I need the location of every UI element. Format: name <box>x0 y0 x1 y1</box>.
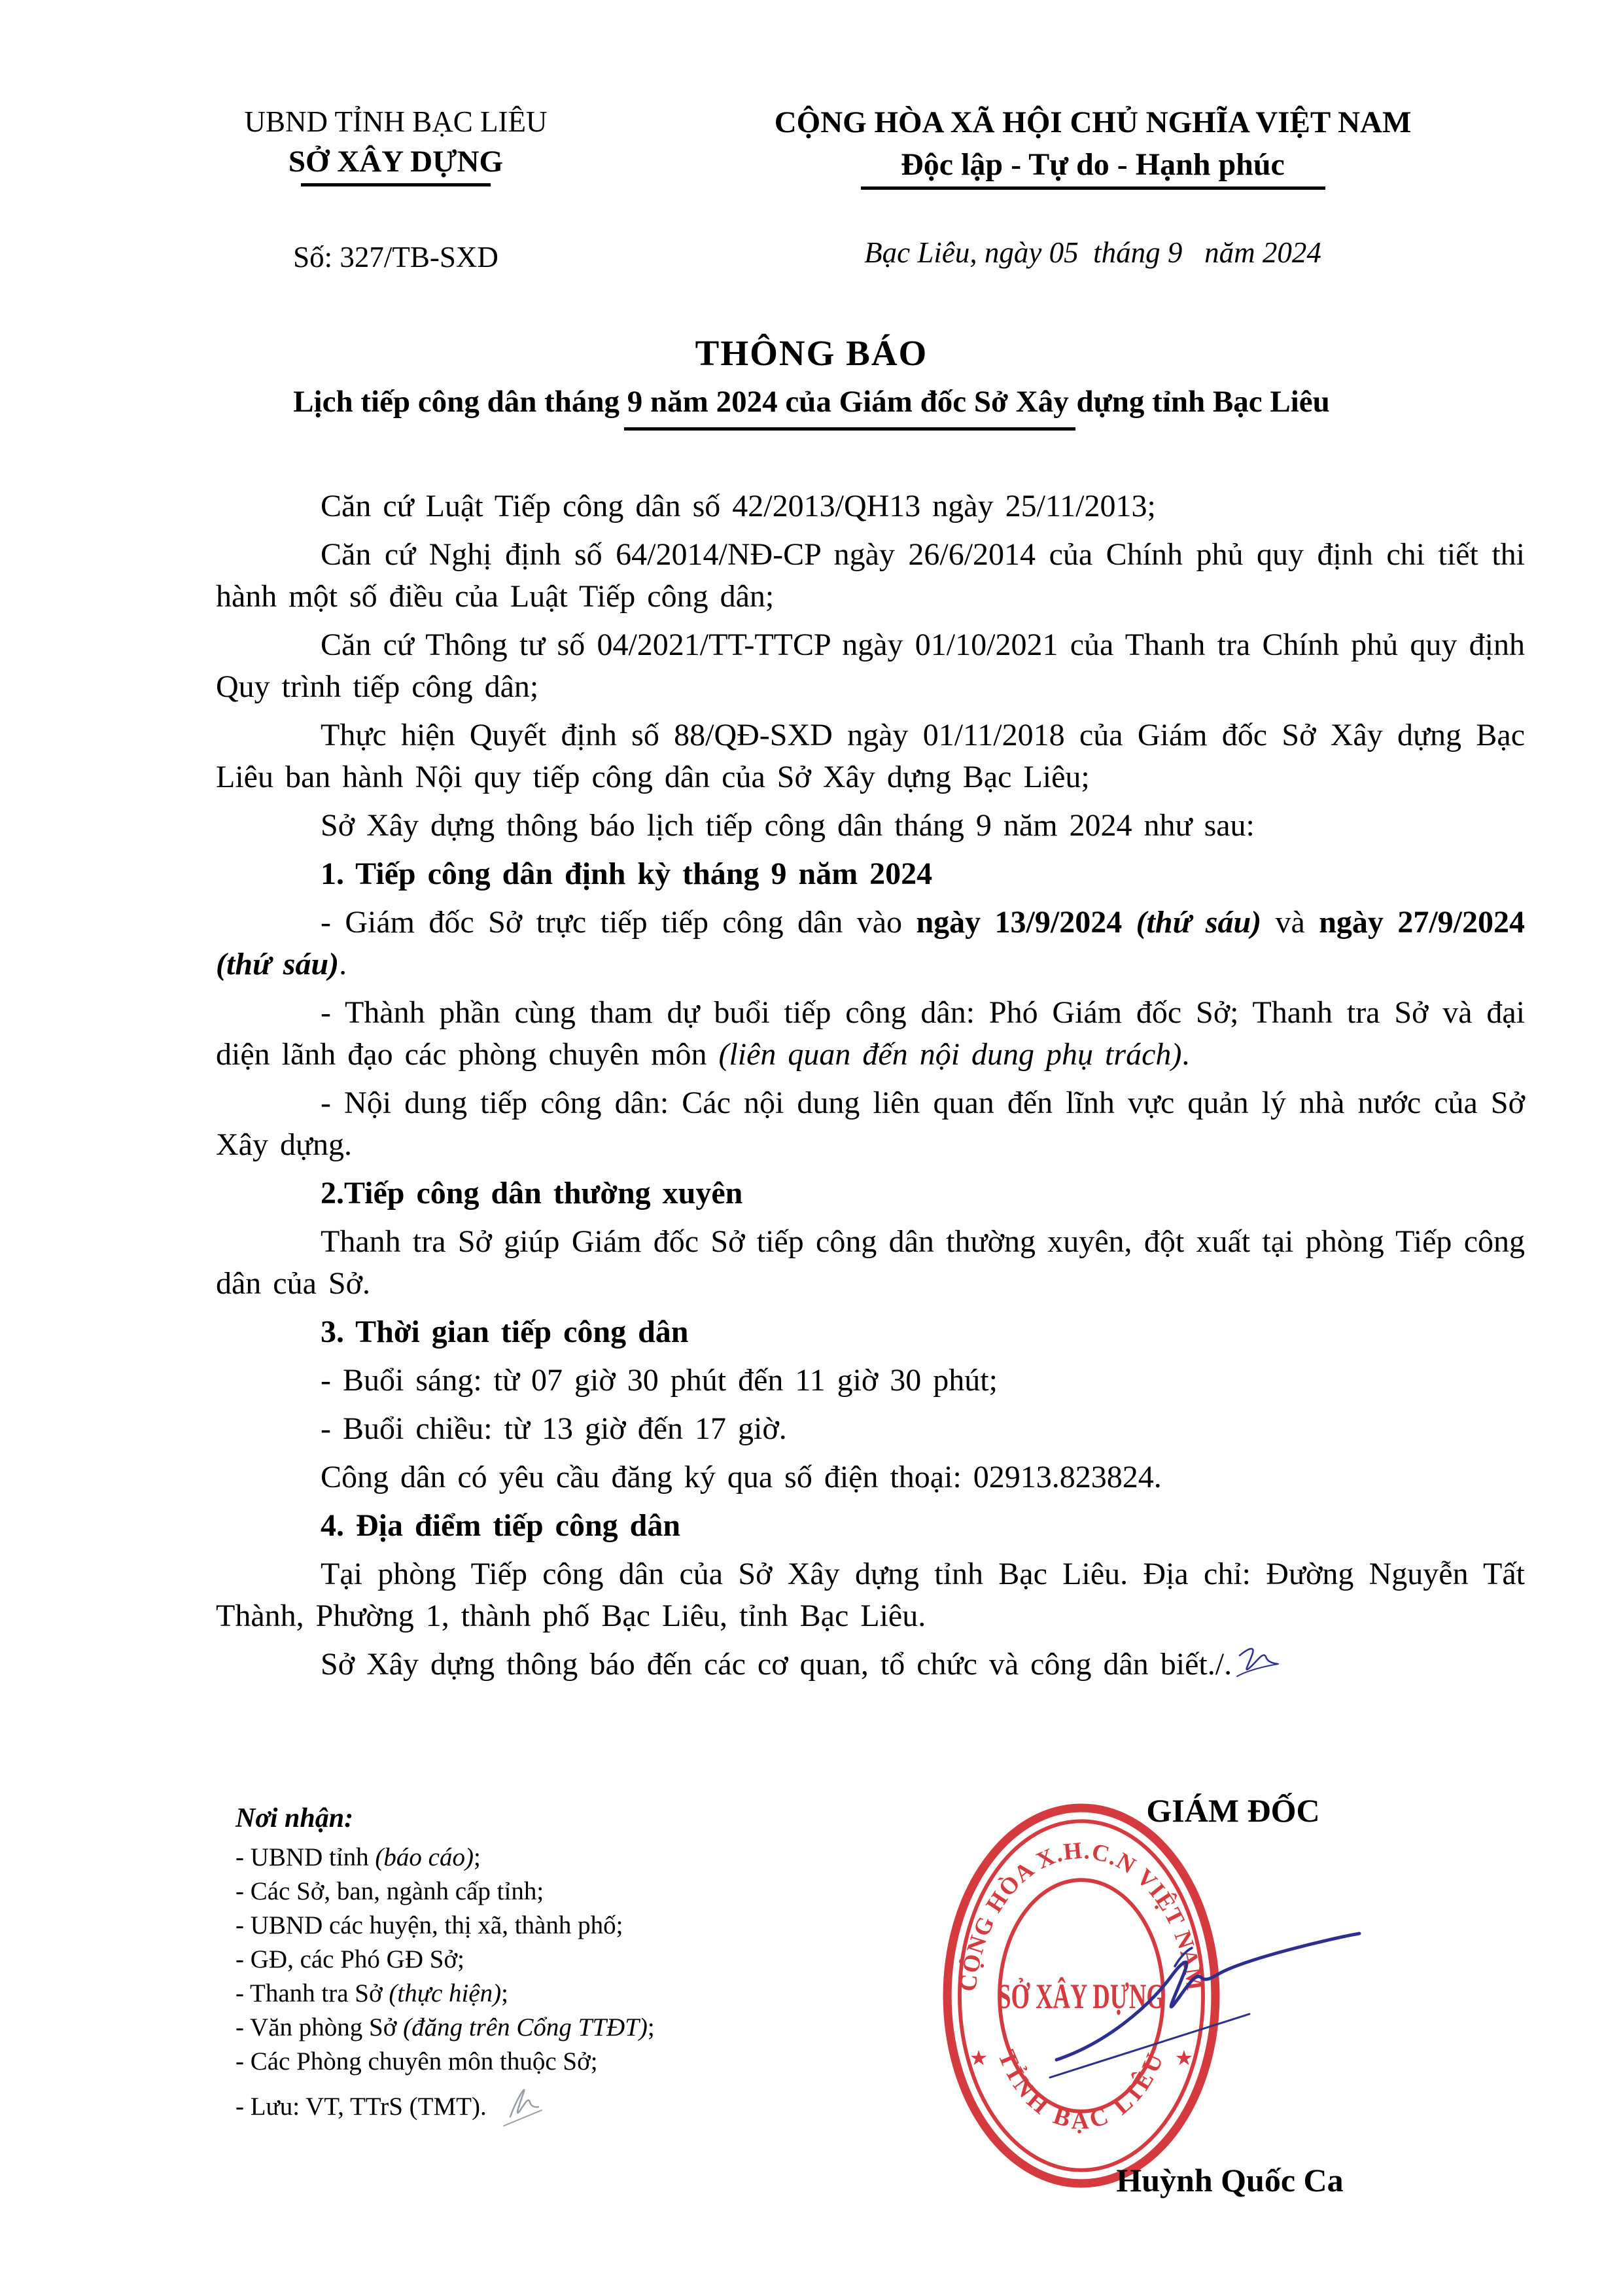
recipients-label: Nơi nhận: <box>236 1803 824 1834</box>
national-motto-block: CỘNG HÒA XÃ HỘI CHỦ NGHĨA VIỆT NAM Độc l… <box>648 105 1538 274</box>
letterhead: UBND TỈNH BẠC LIÊU SỞ XÂY DỰNG Số: 327/T… <box>144 105 1538 274</box>
agency-name: SỞ XÂY DỰNG <box>144 144 648 179</box>
body-paragraph: Thực hiện Quyết định số 88/QĐ-SXD ngày 0… <box>216 715 1525 798</box>
recipient-item: - Văn phòng Sở (đăng trên Cổng TTĐT); <box>236 2011 824 2045</box>
parent-agency: UBND TỈNH BẠC LIÊU <box>144 105 648 139</box>
motto-underline <box>861 186 1325 190</box>
recipient-item: - UBND tỉnh (báo cáo); <box>236 1841 824 1875</box>
body-paragraph: Thanh tra Sở giúp Giám đốc Sở tiếp công … <box>216 1221 1525 1305</box>
recipient-item: - Thanh tra Sở (thực hiện); <box>236 1977 824 2011</box>
document-type-title: THÔNG BÁO <box>0 332 1623 374</box>
signer-name: Huỳnh Quốc Ca <box>1070 2161 1390 2199</box>
closing-paragraph: Sở Xây dựng thông báo đến các cơ quan, t… <box>216 1644 1525 1686</box>
body-paragraph: Sở Xây dựng thông báo lịch tiếp công dân… <box>216 805 1525 847</box>
document-number: Số: 327/TB-SXD <box>144 240 648 274</box>
signature-block: GIÁM ĐỐC CỘNG HÒA X.H.C.N VIỆT NAM TỈNH … <box>935 1792 1550 2276</box>
document-body: Căn cứ Luật Tiếp công dân số 42/2013/QH1… <box>216 486 1525 1692</box>
agency-underline <box>301 183 491 186</box>
document-subject: Lịch tiếp công dân tháng 9 năm 2024 của … <box>0 384 1623 419</box>
body-paragraphs: Căn cứ Luật Tiếp công dân số 42/2013/QH1… <box>216 486 1525 1637</box>
seal-star-left-icon: ★ <box>969 2045 988 2070</box>
body-paragraph: Căn cứ Nghị định số 64/2014/NĐ-CP ngày 2… <box>216 534 1525 618</box>
recipient-item: - Các Sở, ban, ngành cấp tỉnh; <box>236 1875 824 1909</box>
body-paragraph: Công dân có yêu cầu đăng ký qua số điện … <box>216 1457 1525 1498</box>
body-paragraph: 2.Tiếp công dân thường xuyên <box>216 1173 1525 1214</box>
title-underline <box>624 427 1075 431</box>
national-motto: Độc lập - Tự do - Hạnh phúc <box>648 147 1538 183</box>
body-paragraph: Căn cứ Luật Tiếp công dân số 42/2013/QH1… <box>216 486 1525 527</box>
recipients-list: - UBND tỉnh (báo cáo);- Các Sở, ban, ngà… <box>236 1841 824 2079</box>
body-paragraph: - Buổi chiều: từ 13 giờ đến 17 giờ. <box>216 1408 1525 1450</box>
issuing-agency-block: UBND TỈNH BẠC LIÊU SỞ XÂY DỰNG Số: 327/T… <box>144 105 648 274</box>
body-paragraph: - Nội dung tiếp công dân: Các nội dung l… <box>216 1082 1525 1166</box>
body-paragraph: 1. Tiếp công dân định kỳ tháng 9 năm 202… <box>216 853 1525 895</box>
ink-flourish-icon <box>1234 1644 1280 1680</box>
signature-ink <box>1047 1906 1374 2089</box>
pencil-initial-icon <box>491 2079 550 2128</box>
archive-note: - Lưu: VT, TTrS (TMT). <box>236 2093 487 2121</box>
recipients-block: Nơi nhận: - UBND tỉnh (báo cáo);- Các Sở… <box>236 1803 824 2128</box>
place-date-line: Bạc Liêu, ngày 05 tháng 9 năm 2024 <box>648 236 1538 270</box>
document-footer: Nơi nhận: - UBND tỉnh (báo cáo);- Các Sở… <box>0 1767 1623 2296</box>
body-paragraph: 4. Địa điểm tiếp công dân <box>216 1505 1525 1547</box>
body-paragraph: - Thành phần cùng tham dự buổi tiếp công… <box>216 992 1525 1076</box>
title-block: THÔNG BÁO Lịch tiếp công dân tháng 9 năm… <box>0 332 1623 431</box>
recipient-item: - Các Phòng chuyên môn thuộc Sở; <box>236 2045 824 2079</box>
body-paragraph: Căn cứ Thông tư số 04/2021/TT-TTCP ngày … <box>216 624 1525 708</box>
recipient-item: - UBND các huyện, thị xã, thành phố; <box>236 1909 824 1943</box>
body-paragraph: Tại phòng Tiếp công dân của Sở Xây dựng … <box>216 1553 1525 1637</box>
body-paragraph: - Buổi sáng: từ 07 giờ 30 phút đến 11 gi… <box>216 1360 1525 1402</box>
recipient-item: - GĐ, các Phó GĐ Sở; <box>236 1943 824 1977</box>
closing-text: Sở Xây dựng thông báo đến các cơ quan, t… <box>321 1647 1232 1682</box>
recipient-item: - Lưu: VT, TTrS (TMT). <box>236 2079 824 2128</box>
national-title: CỘNG HÒA XÃ HỘI CHỦ NGHĨA VIỆT NAM <box>648 105 1538 140</box>
body-paragraph: 3. Thời gian tiếp công dân <box>216 1311 1525 1353</box>
body-paragraph: - Giám đốc Sở trực tiếp tiếp công dân và… <box>216 902 1525 985</box>
